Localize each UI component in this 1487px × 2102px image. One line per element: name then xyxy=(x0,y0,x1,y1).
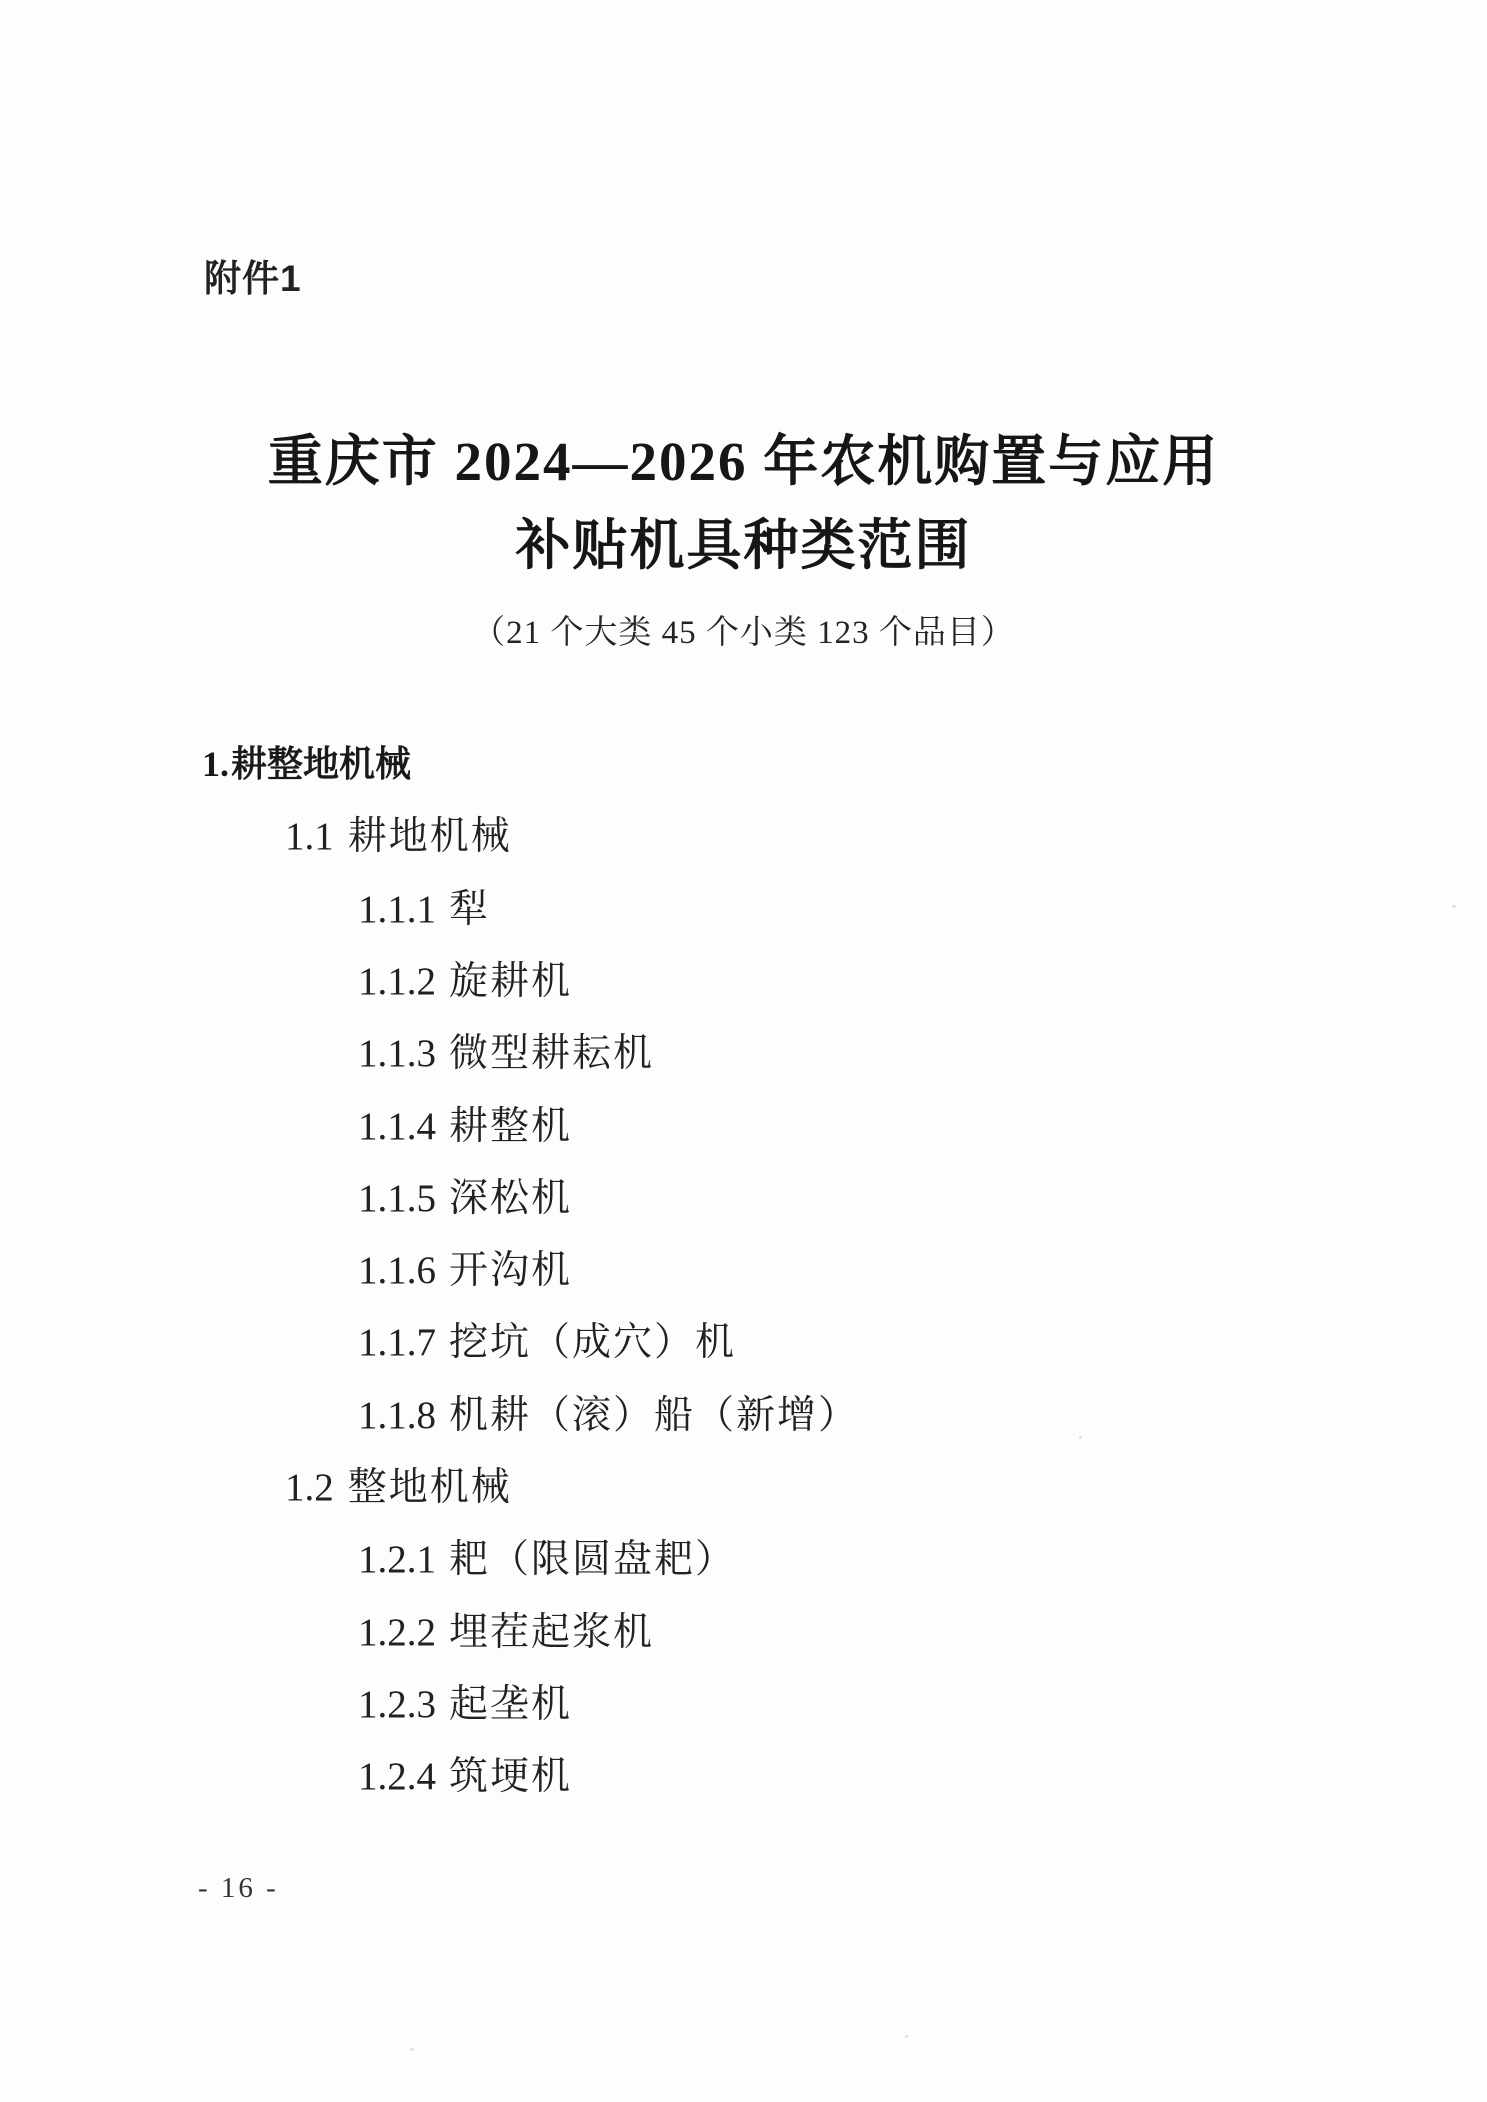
outline-item-label: 耕地机械 xyxy=(348,815,512,858)
outline-item-number: 1.1.2 xyxy=(358,960,436,1003)
outline-item-label: 机耕（滚）船（新增） xyxy=(449,1394,859,1437)
outline-item-number: 1.2.1 xyxy=(358,1538,436,1581)
outline-item-number: 1.2.2 xyxy=(358,1611,436,1654)
outline-item: 1.2.4筑埂机 xyxy=(358,1755,572,1800)
outline-item-number: 1.1 xyxy=(285,815,334,858)
outline-item-number: 1.1.1 xyxy=(358,888,436,931)
outline-item-label: 筑埂机 xyxy=(449,1755,572,1798)
outline-item-number: 1. xyxy=(202,744,229,784)
outline-item-number: 1.1.6 xyxy=(358,1249,436,1292)
outline-item-label: 耕整机 xyxy=(449,1105,572,1148)
outline-item-number: 1.1.3 xyxy=(358,1032,436,1075)
outline-item-number: 1.1.7 xyxy=(358,1321,436,1364)
scan-artifact xyxy=(905,2035,908,2038)
outline-item: 1.2.1耙（限圆盘耙） xyxy=(358,1538,736,1583)
scan-artifact xyxy=(1079,1436,1082,1439)
outline-item-label: 犁 xyxy=(449,888,490,931)
outline-item: 1.1.1犁 xyxy=(358,888,490,933)
outline-item: 1.1.8机耕（滚）船（新增） xyxy=(358,1394,859,1439)
outline-item-label: 深松机 xyxy=(449,1177,572,1220)
outline-item-number: 1.2 xyxy=(285,1466,334,1509)
outline-item-label: 微型耕耘机 xyxy=(449,1032,654,1075)
outline-item: 1.1耕地机械 xyxy=(285,815,512,860)
outline-item: 1.2整地机械 xyxy=(285,1466,512,1511)
outline-item-number: 1.1.8 xyxy=(358,1394,436,1437)
outline-item: 1.2.2埋茬起浆机 xyxy=(358,1611,654,1656)
outline-item-label: 挖坑（成穴）机 xyxy=(449,1321,736,1364)
outline-item-number: 1.2.4 xyxy=(358,1755,436,1798)
outline-item-label: 整地机械 xyxy=(348,1466,512,1509)
outline-item-number: 1.1.5 xyxy=(358,1177,436,1220)
outline-item-label: 旋耕机 xyxy=(449,960,572,1003)
outline-item-label: 起垄机 xyxy=(449,1683,572,1726)
scan-artifact xyxy=(1452,905,1456,908)
outline: 1.耕整地机械1.1耕地机械1.1.1犁1.1.2旋耕机1.1.3微型耕耘机1.… xyxy=(0,0,1487,2102)
outline-item: 1.1.6开沟机 xyxy=(358,1249,572,1294)
outline-item-number: 1.1.4 xyxy=(358,1105,436,1148)
outline-item: 1.2.3起垄机 xyxy=(358,1683,572,1728)
outline-item-number: 1.2.3 xyxy=(358,1683,436,1726)
outline-item: 1.1.3微型耕耘机 xyxy=(358,1032,654,1077)
outline-item-label: 耙（限圆盘耙） xyxy=(449,1538,736,1581)
outline-item: 1.耕整地机械 xyxy=(202,743,411,785)
page-number: - 16 - xyxy=(198,1872,279,1905)
document-page: 附件1 重庆市 2024—2026 年农机购置与应用 补贴机具种类范围 （21 … xyxy=(0,0,1487,2102)
outline-item: 1.1.7挖坑（成穴）机 xyxy=(358,1321,736,1366)
outline-item: 1.1.2旋耕机 xyxy=(358,960,572,1005)
outline-item: 1.1.5深松机 xyxy=(358,1177,572,1222)
outline-item-label: 开沟机 xyxy=(449,1249,572,1292)
outline-item-label: 耕整地机械 xyxy=(231,743,411,784)
outline-item: 1.1.4耕整机 xyxy=(358,1105,572,1150)
scan-artifact xyxy=(410,2048,414,2051)
outline-item-label: 埋茬起浆机 xyxy=(449,1611,654,1654)
